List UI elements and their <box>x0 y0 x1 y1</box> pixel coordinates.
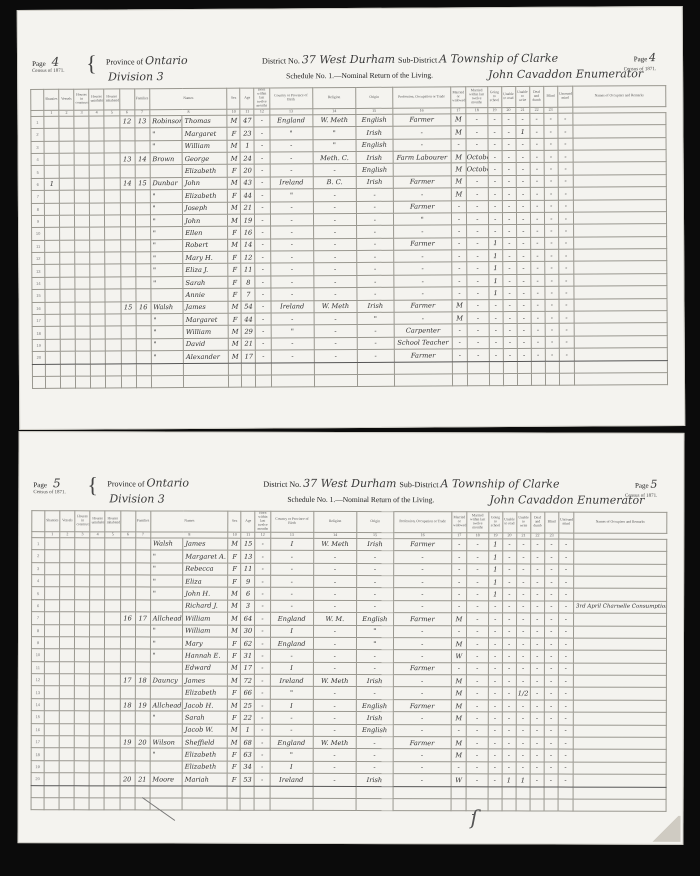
cell-origin: - <box>357 563 394 575</box>
cell-sex: F <box>228 276 241 288</box>
cell-occupation <box>393 163 451 176</box>
cell-blind: - <box>544 200 558 212</box>
cell-country: - <box>270 563 313 576</box>
cell-born-within: - <box>255 239 270 251</box>
cell-given: Sheffield <box>182 736 227 749</box>
cell-house-uninh <box>105 562 120 574</box>
enumerator: John Cavaddon Enumerator <box>488 67 643 81</box>
cell-family <box>135 128 150 140</box>
cell-origin: " <box>356 625 393 637</box>
cell-cannot-write: - <box>517 299 531 311</box>
cell-house-uninh <box>104 116 119 128</box>
cell-n: 3 <box>31 141 44 153</box>
cell-origin: - <box>357 551 394 563</box>
cell-married: - <box>451 662 466 674</box>
cell-remarks <box>573 187 666 200</box>
cell-vessel <box>60 327 75 339</box>
cell-house-uninh <box>105 711 120 723</box>
cell-dwelling: 15 <box>121 301 136 313</box>
cell-married: - <box>452 337 467 349</box>
cell-vessel <box>60 265 75 277</box>
cell-house-uninh <box>105 699 120 711</box>
column-header: Religion <box>314 511 357 532</box>
cell-family: 20 <box>135 736 150 748</box>
cell-sex: M <box>228 214 241 226</box>
cell-blind: - <box>544 564 558 576</box>
cell-cannot-read: - <box>502 250 516 262</box>
cell-house-uninh <box>106 326 121 338</box>
cell-house-building <box>75 227 90 239</box>
cell-family <box>135 662 150 674</box>
cell-school: - <box>488 151 502 163</box>
blank-row <box>31 798 666 812</box>
census-label-right: Census of 1871. <box>624 67 656 72</box>
column-header: Houses inhabited <box>104 89 119 110</box>
cell-married-within: - <box>466 650 488 662</box>
cell-married: - <box>452 588 467 600</box>
cell-origin: Irish <box>356 774 393 786</box>
cell-religion: - <box>314 275 357 288</box>
cell-age: 12 <box>241 251 255 263</box>
cell-school: - <box>488 200 502 212</box>
cell-dwelling <box>120 190 135 202</box>
cell-surname: " <box>151 351 183 364</box>
cell-shanty <box>44 686 59 698</box>
cell-religion: - <box>314 337 357 350</box>
cell-sex: M <box>228 177 241 189</box>
page-number-label: Page4 <box>32 55 59 69</box>
cell-age: 23 <box>240 127 254 139</box>
cell-occupation: Farmer <box>393 238 451 251</box>
cell-dwelling <box>120 686 135 698</box>
cell-married: M <box>451 114 466 126</box>
cell-shanty <box>45 575 60 587</box>
cell-religion: - <box>313 749 356 762</box>
cell-blind: - <box>544 138 558 150</box>
cell-shanty <box>44 674 59 686</box>
cell-vessel <box>59 116 74 128</box>
cell-unsound: - <box>558 687 573 699</box>
cell-family <box>135 190 150 202</box>
cell-origin: - <box>356 201 393 214</box>
cell-cannot-read: - <box>502 663 516 675</box>
cell-sex: M <box>227 115 240 127</box>
cell-deaf: - <box>531 349 545 361</box>
cell-unsound: - <box>558 762 573 774</box>
cell-sex: F <box>228 288 241 300</box>
cell-cannot-read: - <box>503 336 517 348</box>
cell-married-within: - <box>467 336 489 349</box>
cell-religion: - <box>314 312 357 325</box>
cell-married: - <box>452 287 467 299</box>
cell-occupation: - <box>393 188 451 201</box>
cell-married-within: - <box>466 712 488 724</box>
column-header: Married or widowed <box>452 512 467 533</box>
cell-origin: - <box>357 325 394 338</box>
cell-family <box>135 600 150 612</box>
cell-remarks <box>573 199 666 212</box>
cell-blind: - <box>544 626 558 638</box>
cell-cannot-write: 1 <box>516 774 530 786</box>
cell-school: - <box>488 650 502 662</box>
cell-house-uninh <box>105 314 120 326</box>
cell-house-building <box>74 190 89 202</box>
cell-age: 13 <box>241 550 255 562</box>
cell-deaf: - <box>531 336 545 348</box>
cell-born-within: - <box>255 538 270 550</box>
cell-vessel <box>60 314 75 326</box>
cell-blind: - <box>544 675 558 687</box>
cell-blind: - <box>545 324 559 336</box>
cell-born-within: - <box>256 325 271 337</box>
cell-remarks <box>574 551 667 564</box>
cell-given: John <box>182 177 227 190</box>
cell-blind: - <box>544 638 558 650</box>
cell-unsound: - <box>558 187 573 199</box>
cell-born-within: - <box>255 575 270 587</box>
cell-sex: F <box>228 189 241 201</box>
cell-dwelling <box>120 227 135 239</box>
cell-dwelling <box>120 239 135 251</box>
cell-deaf: - <box>531 311 545 323</box>
cell-house-building <box>74 128 89 140</box>
cell-country: - <box>270 724 313 737</box>
cell-married-within: - <box>466 188 488 201</box>
cell-occupation: Farmer <box>393 699 451 712</box>
cell-vessel <box>59 661 74 673</box>
cell-family <box>135 649 150 661</box>
cell-house-uninh <box>106 339 121 351</box>
cell-cannot-read: - <box>502 725 516 737</box>
cell-remarks <box>573 112 666 125</box>
cell-occupation: Farmer <box>393 538 451 551</box>
cell-dwelling: 20 <box>120 773 135 785</box>
cell-school: - <box>488 188 502 200</box>
cell-surname <box>150 600 182 612</box>
cell-married: - <box>452 349 467 361</box>
cell-surname: Brown <box>150 152 182 165</box>
cell-married-within: - <box>467 225 489 238</box>
cell-vessel <box>60 624 75 636</box>
cell-shanty <box>44 649 59 661</box>
cell-origin: Irish <box>356 151 393 164</box>
cell-dwelling <box>120 711 135 723</box>
cell-house-building <box>74 748 89 760</box>
cell-dwelling <box>120 724 135 736</box>
cell-sex: M <box>228 239 241 251</box>
cell-country: - <box>270 238 313 251</box>
cell-shanty <box>45 550 60 562</box>
page-header: Page4 Census of 1871. { Province of Onta… <box>18 7 682 87</box>
cell-religion: " <box>313 139 356 152</box>
cell-cannot-write: - <box>516 601 530 613</box>
cell-age: 22 <box>241 711 255 723</box>
cell-born-within: - <box>255 189 270 201</box>
cell-surname <box>150 165 182 178</box>
cell-unsound: - <box>558 626 573 638</box>
cell-origin: Irish <box>356 712 393 724</box>
cell-house-unf <box>89 153 104 165</box>
cell-n: 10 <box>32 228 45 240</box>
cell-cannot-write: - <box>516 700 530 712</box>
cell-remarks <box>573 650 666 663</box>
schedule-title: Schedule No. 1.—Nominal Return of the Li… <box>286 70 433 80</box>
cell-family <box>135 587 150 599</box>
page-number-label: Page5 <box>33 476 60 490</box>
cell-blind: - <box>545 262 559 274</box>
cell-house-uninh <box>105 538 120 550</box>
cell-country: - <box>270 550 313 563</box>
cell-shanty <box>45 562 60 574</box>
column-header: Born within last twelve months <box>254 88 269 109</box>
cell-born-within: - <box>255 276 270 288</box>
cell-family <box>136 351 151 363</box>
cell-cannot-write: - <box>517 274 531 286</box>
cell-n: 15 <box>31 711 44 723</box>
cell-origin: English <box>356 139 393 152</box>
cell-age: 20 <box>241 164 255 176</box>
cell-unsound: - <box>559 348 574 360</box>
cell-cannot-write: - <box>516 539 530 551</box>
cell-cannot-read: - <box>502 762 516 774</box>
cell-house-building <box>75 674 90 686</box>
cell-dwelling <box>120 662 135 674</box>
cell-surname: Allchead <box>150 699 182 711</box>
cell-house-uninh <box>105 637 120 649</box>
cell-occupation: School Teacher <box>394 337 452 350</box>
cell-cannot-write: - <box>517 287 531 299</box>
column-header: Deaf and dumb <box>529 86 543 107</box>
cell-house-uninh <box>106 351 121 363</box>
cell-occupation: Farmer <box>393 662 451 675</box>
cell-unsound: - <box>558 113 573 125</box>
cell-n: 2 <box>31 129 44 141</box>
cell-born-within: - <box>255 749 270 761</box>
cell-married-within: - <box>467 349 489 362</box>
cell-sex: M <box>228 662 241 674</box>
cell-married: - <box>451 213 466 225</box>
cell-religion: W. Meth <box>313 674 356 687</box>
cell-age: 1 <box>241 724 255 736</box>
cell-house-building <box>75 686 90 698</box>
cell-house-building <box>74 761 89 773</box>
cell-surname: " <box>151 314 183 327</box>
cell-n: 12 <box>32 252 45 264</box>
cell-n: 14 <box>31 699 44 711</box>
cell-house-uninh <box>104 128 119 140</box>
cell-school: - <box>488 762 502 774</box>
cell-married: M <box>451 712 466 724</box>
column-header: Unable to write <box>516 512 530 533</box>
cell-shanty <box>44 760 59 772</box>
cell-n: 2 <box>32 550 45 562</box>
cell-house-unf <box>90 674 105 686</box>
cell-shanty <box>44 153 59 165</box>
cell-school: - <box>488 774 502 786</box>
cell-cannot-read: - <box>502 601 516 613</box>
cell-married-within: - <box>467 638 489 650</box>
cell-surname: " <box>150 649 182 661</box>
cell-married: M <box>451 638 466 650</box>
cell-surname: Allchead <box>150 612 182 624</box>
cell-origin: - <box>356 226 393 239</box>
cell-sex: F <box>227 127 240 139</box>
cell-remarks <box>573 626 666 639</box>
cell-surname: " <box>150 587 182 599</box>
cell-occupation: - <box>393 712 451 725</box>
cell-married-within: - <box>467 539 489 551</box>
cell-house-uninh <box>105 612 120 624</box>
cell-born-within: - <box>255 761 270 773</box>
cell-house-uninh <box>105 773 120 785</box>
cell-house-uninh <box>105 227 120 239</box>
cell-house-building <box>74 736 89 748</box>
cell-remarks <box>574 335 667 348</box>
cell-school: - <box>488 212 502 224</box>
column-header <box>32 511 45 532</box>
cell-cannot-read: - <box>502 539 516 551</box>
cell-religion: - <box>313 251 356 264</box>
cell-vessel <box>60 289 75 301</box>
cell-cannot-write: - <box>517 311 531 323</box>
cell-family <box>135 538 150 550</box>
cell-sex: M <box>228 600 241 612</box>
cell-country: I <box>270 538 313 551</box>
cell-occupation: - <box>394 312 452 325</box>
cell-blind: - <box>544 125 558 137</box>
cell-married-within: - <box>466 138 488 151</box>
cell-age: 24 <box>241 152 255 164</box>
cell-house-building <box>75 351 90 363</box>
cell-cannot-read: - <box>502 576 516 588</box>
cell-house-uninh <box>105 289 120 301</box>
cell-vessel <box>60 637 75 649</box>
cell-house-unf <box>90 637 105 649</box>
cell-blind: - <box>545 336 559 348</box>
cell-school: 1 <box>488 250 502 262</box>
cell-blind: - <box>544 576 558 588</box>
cell-n: 3 <box>32 562 45 574</box>
census-label: Census of 1871. <box>33 490 65 495</box>
cell-married: - <box>451 200 466 212</box>
cell-deaf: - <box>530 749 544 761</box>
cell-age: 29 <box>242 325 256 337</box>
cell-house-unf <box>90 624 105 636</box>
cell-occupation: - <box>393 761 451 774</box>
torn-corner <box>650 816 680 842</box>
cell-born-within: - <box>255 588 270 600</box>
cell-surname: " <box>150 140 182 153</box>
cell-remarks <box>574 348 667 361</box>
cell-country: - <box>271 313 314 326</box>
cell-house-unf <box>90 562 105 574</box>
cell-unsound: - <box>559 249 574 261</box>
cell-house-unf <box>90 600 105 612</box>
cell-married: - <box>452 563 467 575</box>
column-header: Families <box>135 511 150 532</box>
cell-origin: English <box>356 613 393 625</box>
cell-family: 13 <box>134 115 149 127</box>
cell-cannot-read: - <box>502 212 516 224</box>
cell-shanty <box>44 637 59 649</box>
cell-shanty <box>44 215 59 227</box>
cell-religion: W. Meth <box>313 538 356 551</box>
cell-deaf: - <box>530 774 544 786</box>
cell-married-within: - <box>467 262 489 275</box>
column-header: Profession, Occupation or Trade <box>392 87 450 108</box>
cell-deaf: - <box>530 225 544 237</box>
cell-deaf: - <box>530 539 544 551</box>
cell-deaf: - <box>531 274 545 286</box>
cell-unsound: - <box>558 125 573 137</box>
cell-origin: - <box>356 749 393 761</box>
page-number-right: Page 5 <box>635 478 657 491</box>
cell-married: - <box>452 600 467 612</box>
cell-religion: - <box>313 600 356 613</box>
cell-house-unf <box>90 661 105 673</box>
cell-dwelling <box>120 748 135 760</box>
cell-house-building <box>75 302 90 314</box>
cell-surname: " <box>150 575 182 587</box>
cell-married-within: - <box>467 601 489 613</box>
cell-vessel <box>60 351 75 363</box>
cell-blind: - <box>544 601 558 613</box>
cell-house-building <box>75 339 90 351</box>
cell-dwelling <box>120 575 135 587</box>
cell-surname: Robinson <box>150 115 182 128</box>
cell-cannot-read: - <box>502 150 516 162</box>
cell-remarks <box>573 125 666 138</box>
cell-country: " <box>270 189 313 202</box>
column-header: Unsound mind <box>558 86 573 107</box>
cell-given: Elizabeth <box>182 165 227 178</box>
cell-sex: M <box>228 674 241 686</box>
cell-unsound: - <box>558 588 573 600</box>
cell-origin: - <box>356 687 393 699</box>
cell-country: - <box>270 712 313 725</box>
cell-cannot-write: - <box>516 188 530 200</box>
cell-shanty <box>44 116 59 128</box>
cell-remarks <box>573 774 666 787</box>
cell-family <box>135 748 150 760</box>
cell-given: Rebecca <box>183 563 228 576</box>
cell-house-building <box>74 165 89 177</box>
cell-born-within: - <box>255 625 270 637</box>
cell-vessel <box>60 538 75 550</box>
cell-religion: B. C. <box>313 176 356 189</box>
cell-origin: Irish <box>357 300 394 313</box>
cell-deaf: - <box>530 762 544 774</box>
cell-given: John H. <box>183 587 228 600</box>
cell-house-building <box>75 314 90 326</box>
cell-country: - <box>270 263 313 276</box>
cell-cannot-read: - <box>502 225 516 237</box>
cell-married-within: - <box>466 175 488 188</box>
cell-n: 1 <box>32 537 45 549</box>
census-page-5: Page5 Census of 1871. { Province of Onta… <box>17 431 684 845</box>
cell-remarks <box>574 576 667 589</box>
cell-married: - <box>452 237 467 249</box>
cell-blind: - <box>544 663 558 675</box>
cell-born-within: - <box>255 773 270 785</box>
cell-age: 31 <box>241 649 255 661</box>
cell-married-within: - <box>466 737 488 749</box>
cell-vessel <box>60 240 75 252</box>
cell-vessel <box>59 686 74 698</box>
cell-age: 17 <box>242 350 256 362</box>
cell-dwelling <box>120 649 135 661</box>
cell-house-unf <box>90 649 105 661</box>
